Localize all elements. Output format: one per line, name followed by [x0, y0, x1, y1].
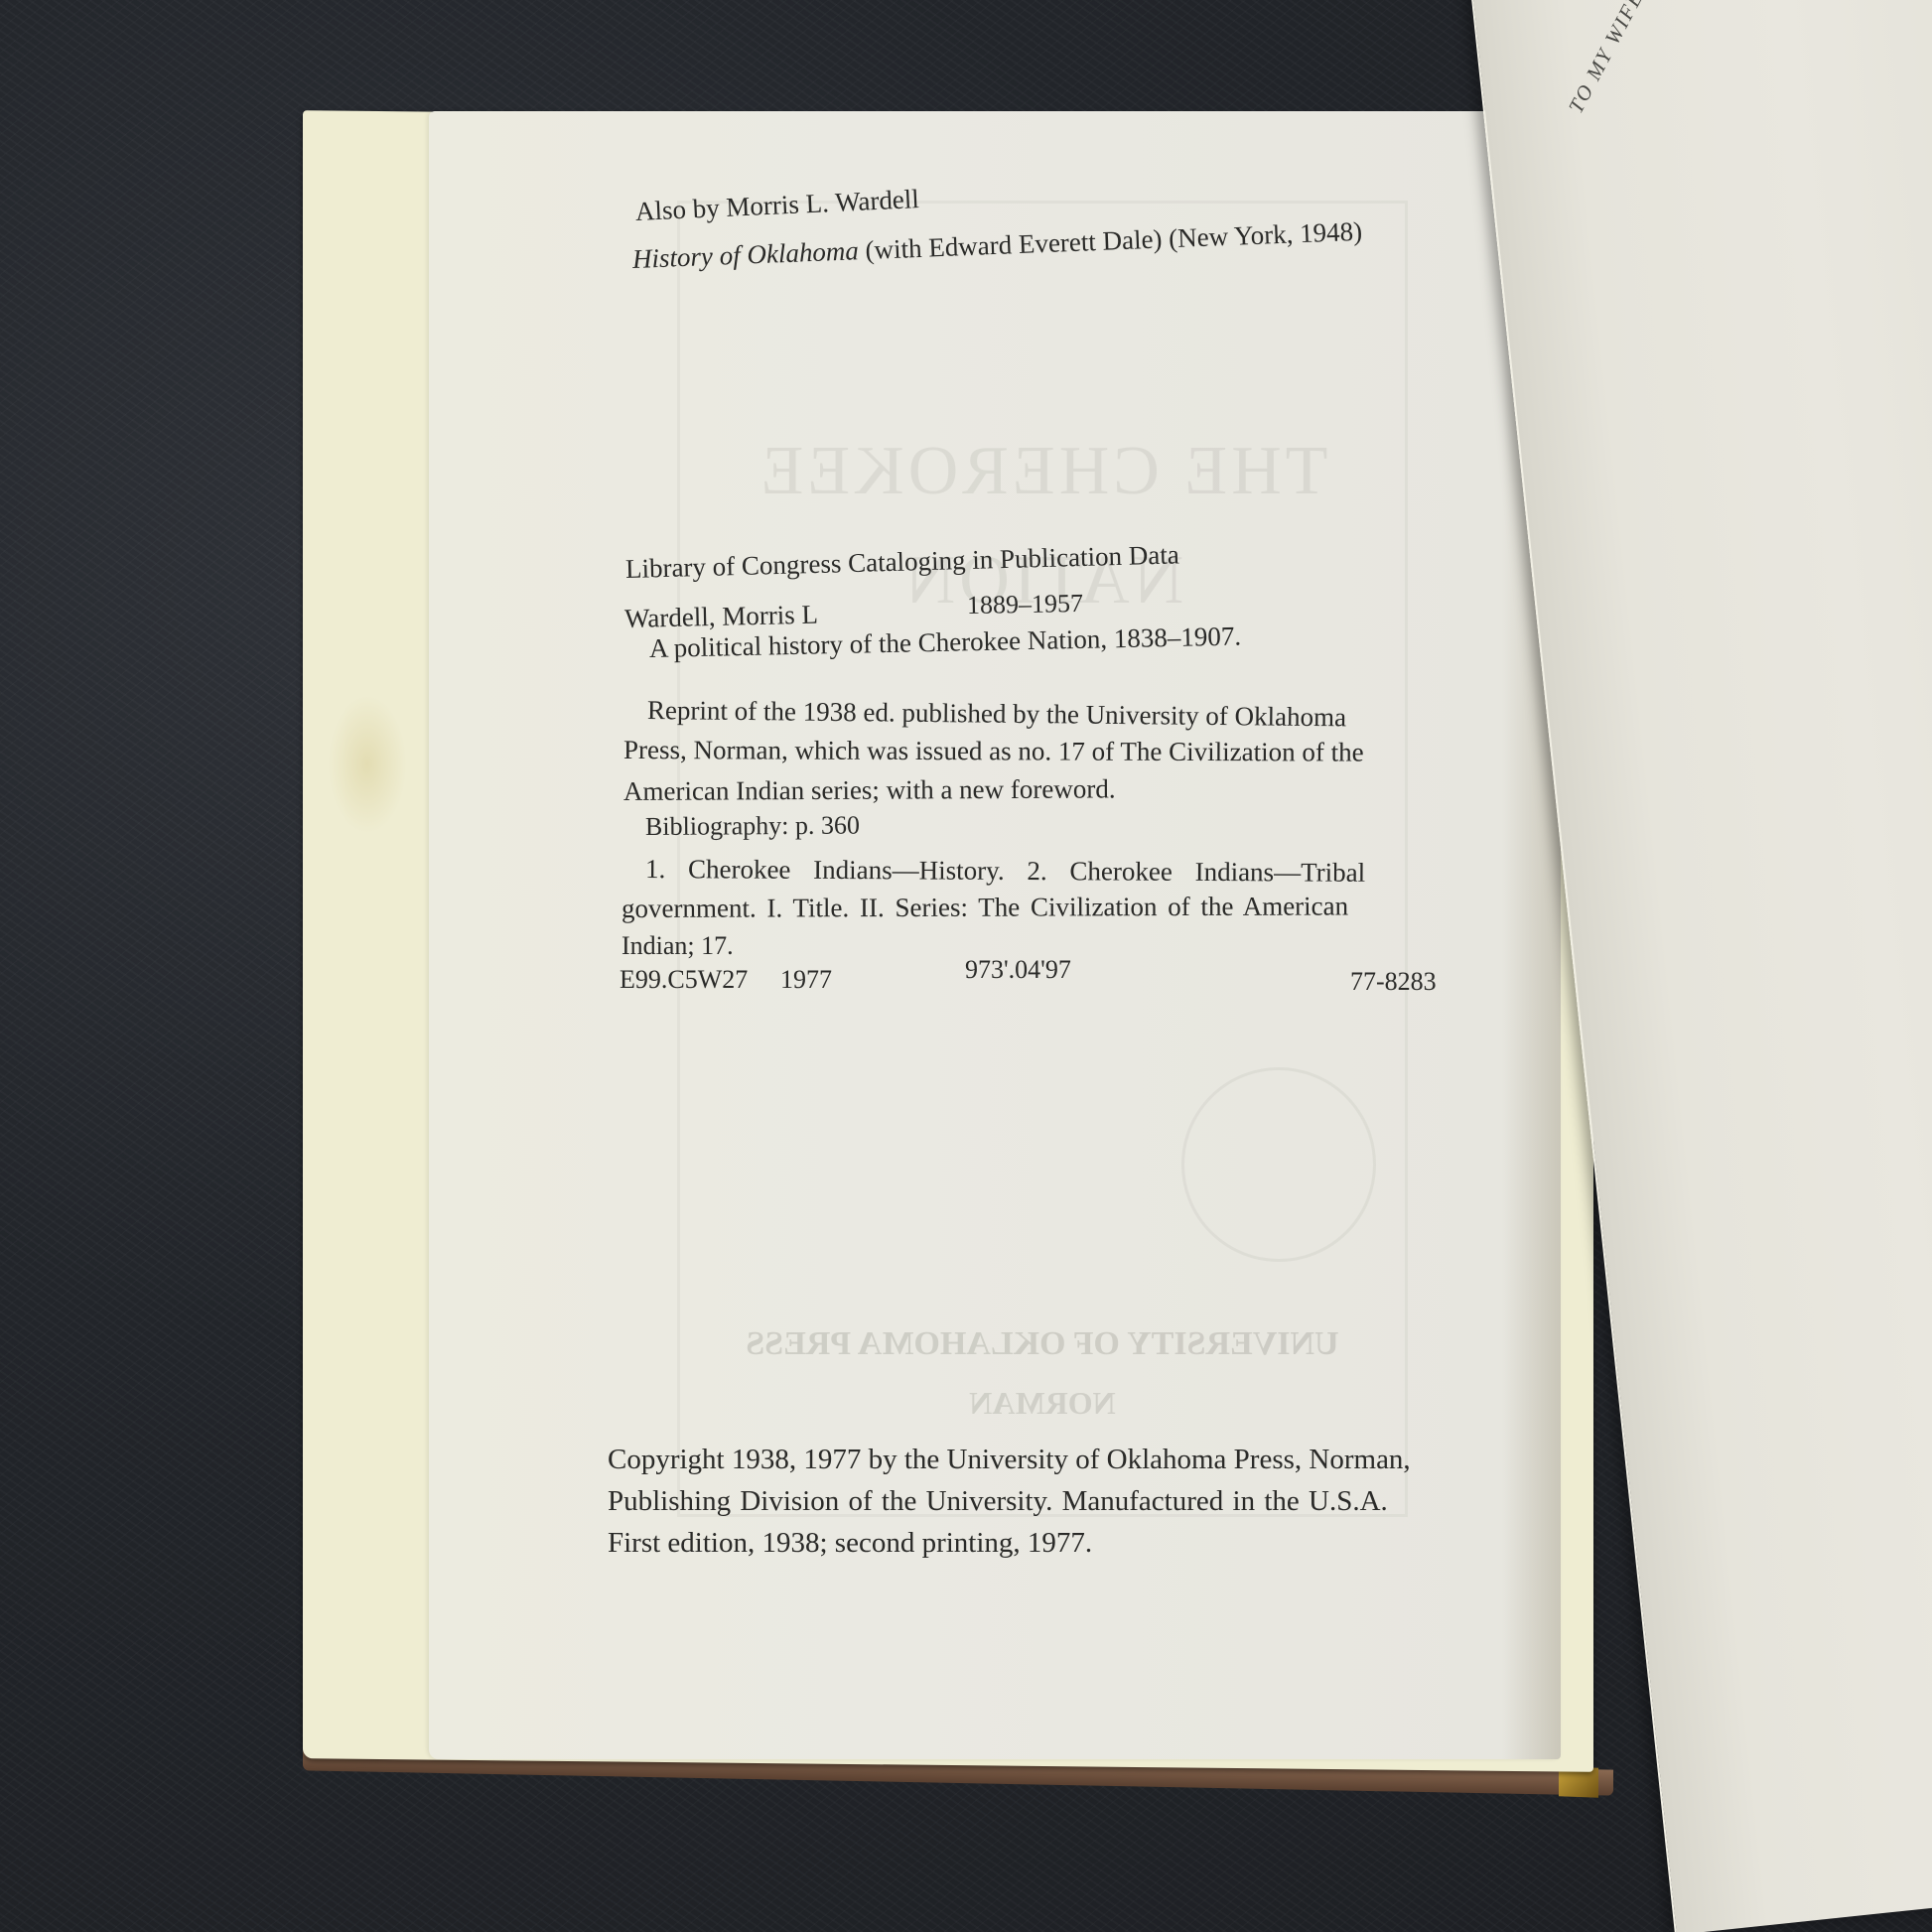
cip-note-line: American Indian series; with a new forew… — [623, 775, 1116, 805]
copyright-page: THE CHEROKEE NATION UNIVERSITY OF OKLAHO… — [429, 111, 1561, 1759]
cip-author-dates: 1889–1957 — [967, 591, 1083, 619]
bleed-through-title-1: THE CHEROKEE — [680, 432, 1405, 511]
cip-note-line: Press, Norman, which was issued as no. 1… — [623, 737, 1364, 766]
cip-author: Wardell, Morris L — [624, 602, 819, 632]
foxing-stain — [328, 695, 407, 834]
cip-subject-line: government. I. Title. II. Series: The Ci… — [621, 893, 1348, 922]
photo-scene: THE CHEROKEE NATION UNIVERSITY OF OKLAHO… — [0, 0, 1932, 1932]
cip-bibliography: Bibliography: p. 360 — [645, 812, 860, 840]
copyright-line: First edition, 1938; second printing, 19… — [608, 1529, 1092, 1558]
cip-subject-line: Indian; 17. — [621, 933, 734, 959]
cip-subject-line: 1. Cherokee Indians—History. 2. Cherokee… — [645, 856, 1365, 887]
cip-lccn: 77-8283 — [1350, 969, 1437, 995]
cip-dewey-number: 973'.04'97 — [965, 957, 1071, 983]
cip-year: 1977 — [780, 967, 832, 993]
cip-lc-call-number: E99.C5W27 — [620, 967, 748, 993]
bleed-through-city: NORMAN — [680, 1385, 1405, 1422]
copyright-line: Copyright 1938, 1977 by the University o… — [608, 1446, 1411, 1474]
bleed-through-seal-icon — [1181, 1067, 1376, 1262]
bleed-through-press: UNIVERSITY OF OKLAHOMA PRESS — [680, 1325, 1405, 1363]
copyright-line: Publishing Division of the University. M… — [608, 1487, 1388, 1516]
